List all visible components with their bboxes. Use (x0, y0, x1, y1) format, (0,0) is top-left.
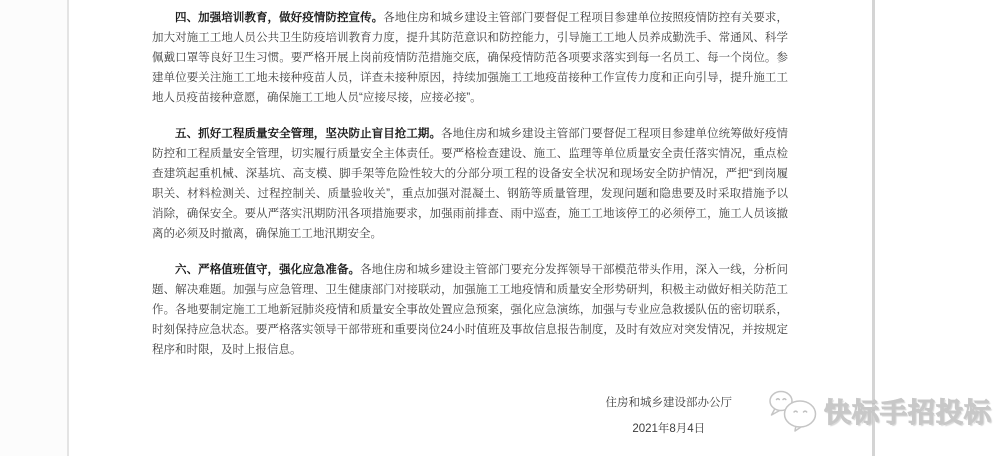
signature-department: 住房和城乡建设部办公厅 (606, 390, 733, 416)
page-left-border (67, 0, 69, 456)
document-body: 四、加强培训教育，做好疫情防控宣传。各地住房和城乡建设主管部门要督促工程项目参建… (152, 8, 788, 442)
wechat-chat-bubbles-icon (768, 388, 818, 432)
paragraph-4: 四、加强培训教育，做好疫情防控宣传。各地住房和城乡建设主管部门要督促工程项目参建… (152, 8, 788, 108)
paragraph-4-heading: 四、加强培训教育，做好疫情防控宣传。 (175, 12, 383, 24)
signature-block: 住房和城乡建设部办公厅 2021年8月4日 (606, 390, 733, 442)
paragraph-5-heading: 五、抓好工程质量安全管理，坚决防止盲目抢工期。 (175, 128, 441, 140)
page: 四、加强培训教育，做好疫情防控宣传。各地住房和城乡建设主管部门要督促工程项目参建… (0, 0, 999, 456)
page-left-margin (0, 0, 67, 456)
watermark-text: 快标手招投标 (824, 391, 992, 430)
paragraph-6-text: 各地住房和城乡建设主管部门要充分发挥领导干部模范带头作用，深入一线，分析问题、解… (152, 264, 788, 356)
paragraph-6-heading: 六、严格值班值守，强化应急准备。 (175, 264, 360, 276)
signature-date: 2021年8月4日 (606, 416, 733, 442)
paragraph-4-text: 各地住房和城乡建设主管部门要督促工程项目参建单位按照疫情防控有关要求，加大对施工… (152, 12, 788, 104)
paragraph-5: 五、抓好工程质量安全管理，坚决防止盲目抢工期。各地住房和城乡建设主管部门要督促工… (152, 124, 788, 244)
watermark: 快标手招投标 (768, 388, 992, 432)
paragraph-5-text: 各地住房和城乡建设主管部门要督促工程项目参建单位统筹做好疫情防控和工程质量安全管… (152, 128, 788, 240)
paragraph-6: 六、严格值班值守，强化应急准备。各地住房和城乡建设主管部门要充分发挥领导干部模范… (152, 260, 788, 360)
